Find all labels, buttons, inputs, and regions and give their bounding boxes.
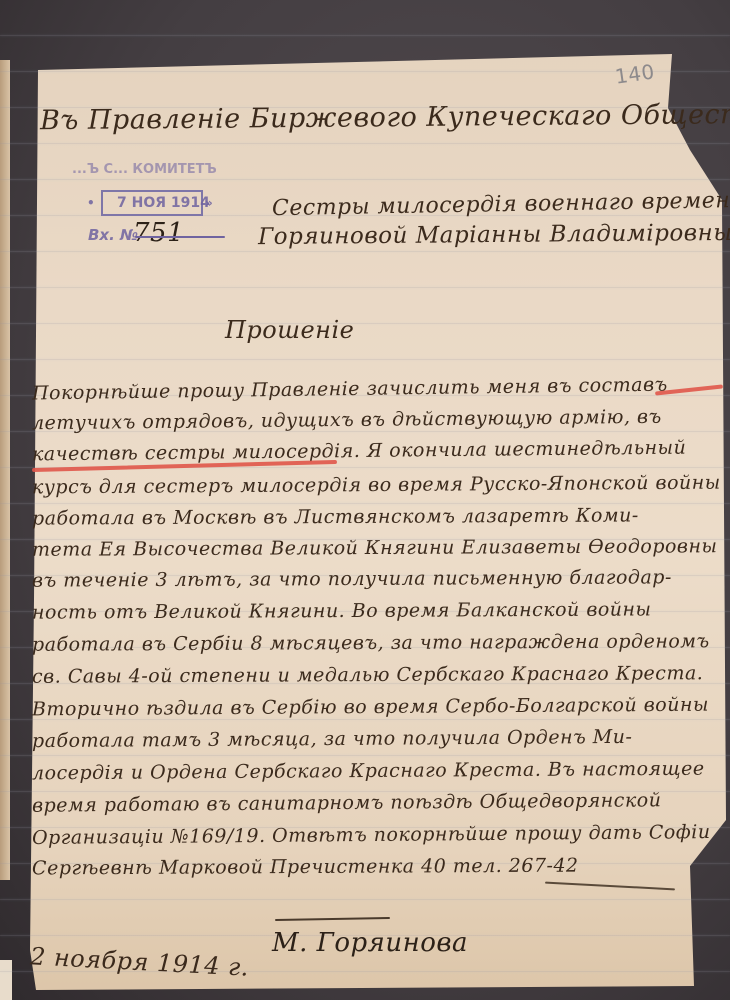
body-line: лосердія и Ордена Сербскаго Краснаго Кре… <box>32 758 705 785</box>
stamp-incoming-label: Вх. № <box>88 226 138 244</box>
sender-line-2: Горяиновой Маріанны Владиміровны <box>258 220 730 250</box>
ruled-lines <box>0 0 730 1000</box>
addressee-line: Въ Правленіе Биржевого Купеческаго Общес… <box>40 99 730 136</box>
stamp-header: ...Ъ С... КОМИТЕТЪ <box>72 162 217 177</box>
stamp-date: 7 НОЯ 1914 <box>117 195 210 211</box>
body-line: въ теченіе 3 лѣтъ, за что получила письм… <box>32 566 672 591</box>
stamp-underline <box>135 236 225 238</box>
body-line: работала въ Москвѣ въ Листвянскомъ лазар… <box>32 504 639 529</box>
body-line: св. Савы 4-ой степени и медалью Сербскаг… <box>32 662 703 688</box>
body-line: Сергѣевнѣ Марковой Пречистенка 40 тел. 2… <box>32 855 579 880</box>
signature: М. Горяинова <box>272 928 468 958</box>
document-title: Прошеніе <box>225 316 354 344</box>
body-line: ность отъ Великой Княгини. Во время Балк… <box>32 598 652 623</box>
body-line: работала тамъ 3 мѣсяца, за что получила … <box>32 726 633 752</box>
body-line: Вторично ѣздила въ Сербію во время Сербо… <box>32 694 709 721</box>
stamp-bullet-left: • <box>87 196 95 210</box>
stamp-bullet-right: » <box>205 196 213 210</box>
body-line: тета Ея Высочества Великой Княгини Елиза… <box>32 535 718 561</box>
body-line: работала въ Сербіи 8 мѣсяцевъ, за что на… <box>32 630 710 656</box>
incoming-number: 751 <box>133 218 184 248</box>
